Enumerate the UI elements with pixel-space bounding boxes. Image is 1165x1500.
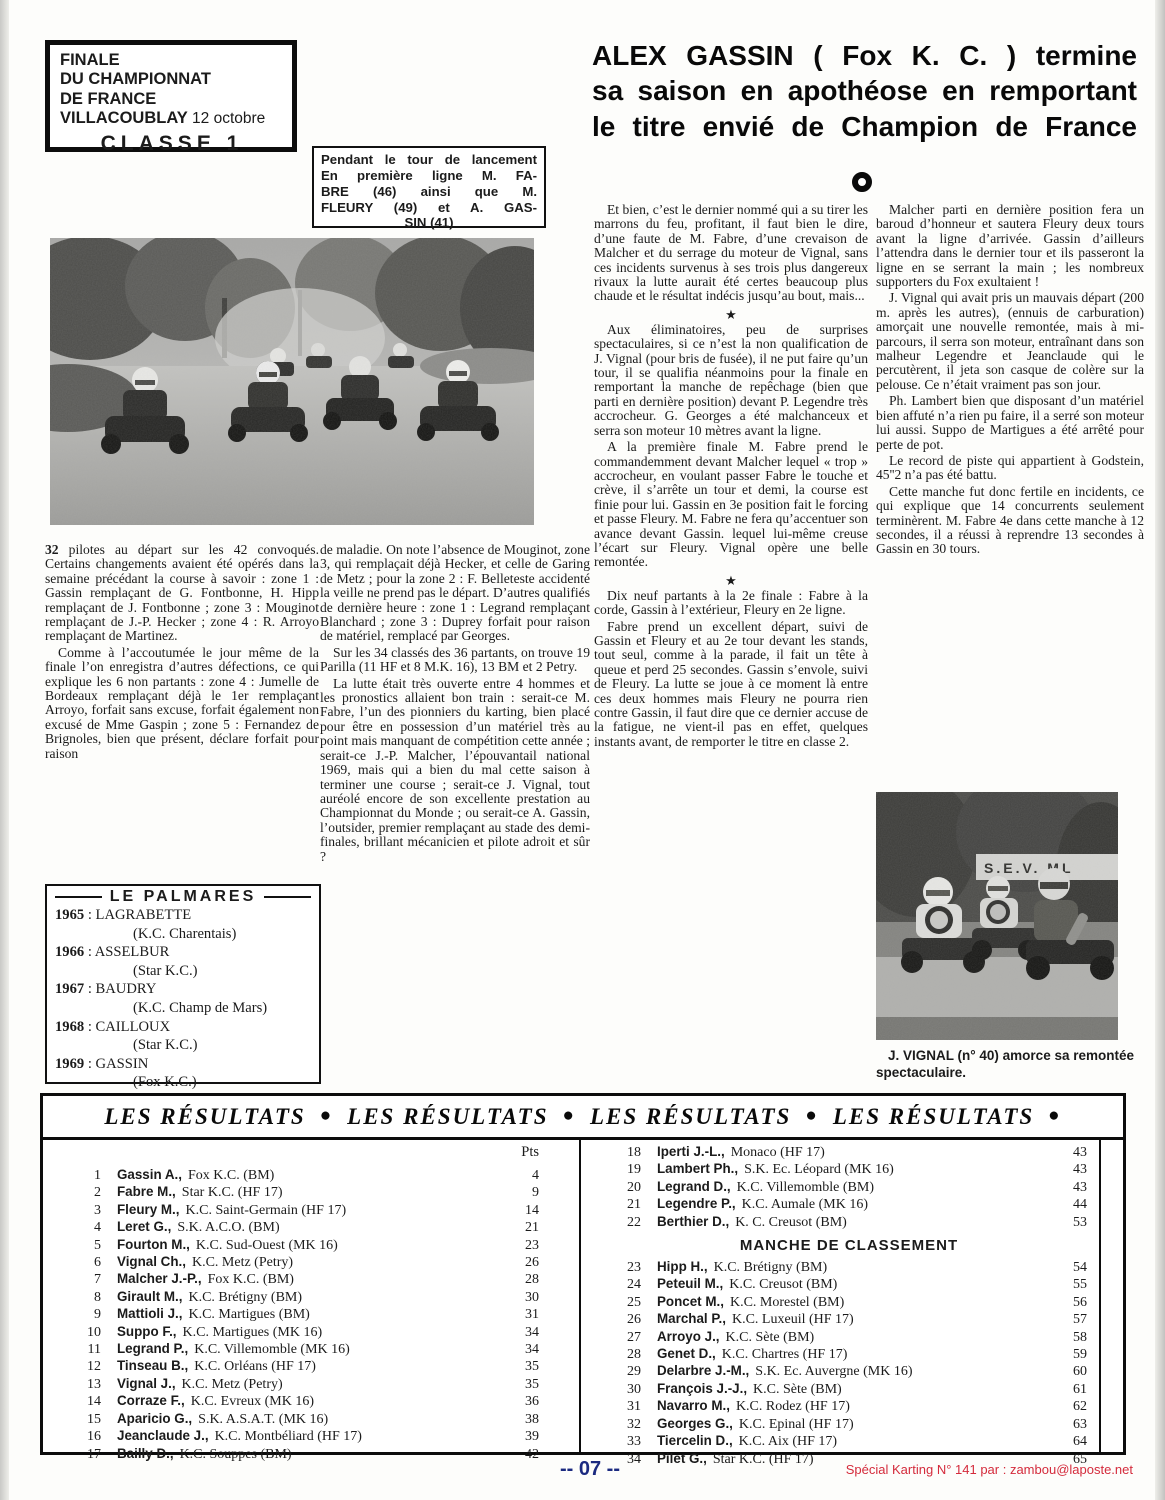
result-driver-name: Berthier D., (657, 1214, 729, 1230)
result-driver-name: Gassin A., (117, 1167, 182, 1183)
result-club: K.C. Aix (HF 17) (739, 1434, 837, 1450)
text-line: le titre envié de Champion de France (592, 109, 1137, 144)
result-rank: 13 (71, 1377, 101, 1393)
palmares-title: LE PALMARES (55, 888, 311, 906)
result-points: 9 (513, 1185, 539, 1201)
palmares-year: 1967 (55, 981, 84, 997)
credit-line: Spécial Karting N° 141 par : zambou@lapo… (846, 1462, 1133, 1477)
result-driver-name: Fourton M., (117, 1237, 190, 1253)
result-rank: 26 (611, 1312, 641, 1328)
result-points: 55 (1061, 1277, 1087, 1293)
result-rank: 17 (71, 1447, 101, 1463)
result-row: 33Tiercelin D.,K.C. Aix (HF 17)64 (611, 1433, 1087, 1450)
result-row: 17Bailly D.,K.C. Souppes (BM)42 (71, 1446, 539, 1463)
article-paragraph: Dix neuf partants à la 2e finale : Fabre… (594, 589, 868, 618)
result-driver-name: Delarbre J.-M., (657, 1363, 749, 1379)
result-row: 11Legrand P.,K.C. Villemomble (MK 16)34 (71, 1341, 539, 1358)
result-row: 13Vignal J.,K.C. Metz (Petry)35 (71, 1376, 539, 1393)
result-row: 19Lambert Ph.,S.K. Ec. Léopard (MK 16)43 (611, 1161, 1087, 1178)
result-points: 35 (513, 1377, 539, 1393)
result-driver-name: Poncet M., (657, 1294, 724, 1310)
result-rank: 9 (71, 1307, 101, 1323)
result-points: 36 (513, 1394, 539, 1410)
result-driver-name: Mattioli J., (117, 1306, 182, 1322)
result-club: K.C. Epinal (HF 17) (739, 1417, 854, 1433)
result-club: K.C. Metz (Petry) (192, 1255, 293, 1271)
palmares-club: (Fox K.C.) (55, 1073, 311, 1092)
results-right-column: 18Iperti J.-L.,Monaco (HF 17)4319Lambert… (581, 1140, 1123, 1452)
result-row: 28Genet D.,K.C. Chartres (HF 17)59 (611, 1346, 1087, 1363)
result-points: 43 (1061, 1162, 1087, 1178)
result-driver-name: Legrand P., (117, 1341, 188, 1357)
article-column-4: Malcher parti en dernière position fera … (876, 203, 1144, 559)
result-row: 23Hipp H.,K.C. Brétigny (BM)54 (611, 1259, 1087, 1276)
result-points: 62 (1061, 1399, 1087, 1415)
result-club: K.C. Chartres (HF 17) (722, 1347, 848, 1363)
start-grid-photo (50, 238, 534, 525)
article-paragraph: 32 pilotes au départ sur les 42 convoqué… (45, 543, 319, 644)
result-rank: 22 (611, 1215, 641, 1231)
palmares-entry: 1969 : GASSIN(Fox K.C.) (55, 1055, 311, 1092)
result-points: 56 (1061, 1295, 1087, 1311)
article-paragraph: Le record de piste qui appartient à Gods… (876, 454, 1144, 483)
vignal-photo-caption: J. VIGNAL (n° 40) amorce sa remontée spe… (876, 1048, 1144, 1082)
result-club: K.C. Brétigny (BM) (188, 1290, 302, 1306)
result-row: 31Navarro M.,K.C. Rodez (HF 17)62 (611, 1398, 1087, 1415)
result-row: 3Fleury M.,K.C. Saint-Germain (HF 17)14 (71, 1202, 539, 1219)
result-club: K.C. Souppes (BM) (180, 1447, 292, 1463)
scan-edge-left (0, 0, 9, 1500)
result-driver-name: François J.-J., (657, 1381, 747, 1397)
result-rank: 4 (71, 1220, 101, 1236)
result-driver-name: Pilet G., (657, 1451, 707, 1467)
result-points: 54 (1061, 1260, 1087, 1276)
result-driver-name: Peteuil M., (657, 1276, 723, 1292)
result-driver-name: Malcher J.-P., (117, 1271, 202, 1287)
result-row: 26Marchal P.,K.C. Luxeuil (HF 17)57 (611, 1311, 1087, 1328)
result-driver-name: Corraze F., (117, 1393, 185, 1409)
text-line: FLEURY (49) et A. GAS- (321, 200, 537, 216)
event-venue-line: VILLACOUBLAY 12 octobre (60, 109, 284, 128)
result-points: 42 (513, 1447, 539, 1463)
result-rank: 25 (611, 1295, 641, 1311)
palmares-year: 1965 (55, 907, 84, 923)
result-driver-name: Aparicio G., (117, 1411, 192, 1427)
result-points: 4 (513, 1168, 539, 1184)
result-rank: 33 (611, 1434, 641, 1450)
article-column-1: 32 pilotes au départ sur les 42 convoqué… (45, 543, 319, 763)
result-club: K.C. Luxeuil (HF 17) (732, 1312, 854, 1328)
result-rank: 8 (71, 1290, 101, 1306)
result-club: S.K. Ec. Auvergne (MK 16) (755, 1364, 912, 1380)
result-points: 35 (513, 1359, 539, 1375)
scan-edge-right (1155, 0, 1165, 1500)
result-club: K.C. Martigues (MK 16) (183, 1325, 323, 1341)
result-points: 61 (1061, 1382, 1087, 1398)
article-paragraph: A la première finale M. Fabre prend le c… (594, 440, 868, 570)
article-paragraph: Comme à l’accoutumée le jour même de la … (45, 646, 319, 761)
result-points: 64 (1061, 1434, 1087, 1450)
result-points: 21 (513, 1220, 539, 1236)
palmares-club: (Star K.C.) (55, 1036, 311, 1055)
result-driver-name: Arroyo J., (657, 1329, 720, 1345)
result-driver-name: Girault M., (117, 1289, 182, 1305)
result-row: 27Arroyo J.,K.C. Sète (BM)58 (611, 1329, 1087, 1346)
result-points: 57 (1061, 1312, 1087, 1328)
event-date: 12 octobre (188, 110, 266, 127)
banner-dot: ● (563, 1105, 576, 1127)
article-column-3: Et bien, c’est le dernier nommé qui a su… (594, 203, 868, 751)
results-right-rule (1099, 1140, 1101, 1452)
result-driver-name: Legrand D., (657, 1179, 731, 1195)
event-info-box: FINALEDU CHAMPIONNATDE FRANCE VILLACOUBL… (45, 40, 297, 152)
palmares-entries: 1965 : LAGRABETTE(K.C. Charentais)1966 :… (55, 906, 311, 1092)
result-rank: 15 (71, 1412, 101, 1428)
article-paragraph: de maladie. On note l’absence de Mougino… (320, 543, 590, 644)
star-separator: ★ (594, 306, 868, 323)
result-row: 6Vignal Ch.,K.C. Metz (Petry)26 (71, 1254, 539, 1271)
result-row: 8Girault M.,K.C. Brétigny (BM)30 (71, 1289, 539, 1306)
article-paragraph: Malcher parti en dernière position fera … (876, 203, 1144, 289)
results-banner-text: LES RÉSULTATS (590, 1104, 791, 1130)
result-row: 25Poncet M.,K.C. Morestel (BM)56 (611, 1294, 1087, 1311)
text-line: Pendant le tour de lancement (321, 152, 537, 168)
result-points: 63 (1061, 1417, 1087, 1433)
result-driver-name: Fleury M., (117, 1202, 180, 1218)
result-club: K.C. Montbéliard (HF 17) (215, 1429, 362, 1445)
results-left-rows: 1Gassin A.,Fox K.C. (BM)42Fabre M.,Star … (71, 1167, 539, 1463)
result-row: 15Aparicio G.,S.K. A.S.A.T. (MK 16)38 (71, 1411, 539, 1428)
result-points: 53 (1061, 1215, 1087, 1231)
result-points: 44 (1061, 1197, 1087, 1213)
result-driver-name: Suppo F., (117, 1324, 177, 1340)
article-paragraph: J. Vignal qui avait pris un mauvais dépa… (876, 291, 1144, 392)
result-row: 24Peteuil M.,K.C. Creusot (BM)55 (611, 1276, 1087, 1293)
result-points: 59 (1061, 1347, 1087, 1363)
result-points: 34 (513, 1325, 539, 1341)
article-column-2: de maladie. On note l’absence de Mougino… (320, 543, 590, 866)
palmares-club: (K.C. Charentais) (55, 925, 311, 944)
result-rank: 19 (611, 1162, 641, 1178)
event-title-lines: FINALEDU CHAMPIONNATDE FRANCE (60, 51, 284, 109)
result-driver-name: Marchal P., (657, 1311, 726, 1327)
result-rank: 16 (71, 1429, 101, 1445)
text-line: SIN (41) (321, 215, 537, 231)
star-separator: ★ (594, 572, 868, 589)
result-club: K.C. Creusot (BM) (729, 1277, 837, 1293)
results-banner-text: LES RÉSULTATS (833, 1104, 1034, 1130)
event-class-label: CLASSE 1 (60, 132, 284, 157)
result-club: K.C. Aumale (MK 16) (742, 1197, 868, 1213)
palmares-entry: 1967 : BAUDRY(K.C. Champ de Mars) (55, 980, 311, 1017)
result-points: 31 (513, 1307, 539, 1323)
result-driver-name: Jeanclaude J., (117, 1428, 209, 1444)
result-row: 1Gassin A.,Fox K.C. (BM)4 (71, 1167, 539, 1184)
result-driver-name: Bailly D., (117, 1446, 174, 1462)
result-row: 16Jeanclaude J.,K.C. Montbéliard (HF 17)… (71, 1428, 539, 1445)
palmares-entry: 1966 : ASSELBUR(Star K.C.) (55, 943, 311, 980)
result-points: 43 (1061, 1180, 1087, 1196)
result-points: 23 (513, 1238, 539, 1254)
result-rank: 31 (611, 1399, 641, 1415)
result-driver-name: Lambert Ph., (657, 1161, 738, 1177)
vignal-photo: S.E.V. ML (876, 792, 1118, 1040)
result-row: 10Suppo F.,K.C. Martigues (MK 16)34 (71, 1324, 539, 1341)
result-driver-name: Vignal Ch., (117, 1254, 186, 1270)
headline: ALEX GASSIN ( Fox K. C. ) terminesa sais… (592, 38, 1137, 144)
result-club: S.K. A.S.A.T. (MK 16) (198, 1412, 328, 1428)
article-paragraph: Aux éliminatoires, peu de surprises spec… (594, 323, 868, 438)
result-club: K.C. Metz (Petry) (182, 1377, 283, 1393)
result-club: Star K.C. (HF 17) (182, 1185, 283, 1201)
result-row: 12Tinseau B.,K.C. Orléans (HF 17)35 (71, 1358, 539, 1375)
result-driver-name: Vignal J., (117, 1376, 176, 1392)
result-row: 32Georges G.,K.C. Epinal (HF 17)63 (611, 1416, 1087, 1433)
result-driver-name: Hipp H., (657, 1259, 708, 1275)
results-right-rows-top: 18Iperti J.-L.,Monaco (HF 17)4319Lambert… (611, 1144, 1087, 1231)
palmares-box: LE PALMARES 1965 : LAGRABETTE(K.C. Chare… (45, 884, 321, 1084)
text-line: DE FRANCE (60, 90, 284, 109)
article-paragraph: Ph. Lambert bien que disposant d’un maté… (876, 394, 1144, 452)
text-line: BRE (46) ainsi que M. (321, 184, 537, 200)
result-club: Fox K.C. (BM) (208, 1272, 294, 1288)
result-row: 20Legrand D.,K.C. Villemomble (BM)43 (611, 1179, 1087, 1196)
paragraph-lead: 32 (45, 542, 59, 557)
result-club: K.C. Villemomble (MK 16) (194, 1342, 350, 1358)
result-club: Monaco (HF 17) (731, 1145, 825, 1161)
result-club: K. C. Creusot (BM) (735, 1215, 847, 1231)
article-paragraph: La lutte était très ouverte entre 4 homm… (320, 677, 590, 864)
result-row: 14Corraze F.,K.C. Evreux (MK 16)36 (71, 1393, 539, 1410)
result-rank: 30 (611, 1382, 641, 1398)
result-rank: 21 (611, 1197, 641, 1213)
palmares-club: (K.C. Champ de Mars) (55, 999, 311, 1018)
palmares-entry: 1968 : CAILLOUX(Star K.C.) (55, 1018, 311, 1055)
result-rank: 24 (611, 1277, 641, 1293)
result-driver-name: Tiercelin D., (657, 1433, 733, 1449)
result-club: Fox K.C. (BM) (188, 1168, 274, 1184)
results-right-rows-bottom: 23Hipp H.,K.C. Brétigny (BM)5424Peteuil … (611, 1259, 1087, 1468)
result-rank: 23 (611, 1260, 641, 1276)
results-subheader: MANCHE DE CLASSEMENT (611, 1231, 1087, 1259)
result-rank: 3 (71, 1203, 101, 1219)
text-line: FINALE (60, 51, 284, 70)
palmares-club: (Star K.C.) (55, 962, 311, 981)
result-club: K.C. Orléans (HF 17) (194, 1359, 316, 1375)
result-club: K.C. Sète (BM) (726, 1330, 815, 1346)
palmares-year: 1969 (55, 1056, 84, 1072)
palmares-year: 1968 (55, 1019, 84, 1035)
result-club: K.C. Brétigny (BM) (714, 1260, 828, 1276)
result-points: 26 (513, 1255, 539, 1271)
magazine-page: FINALEDU CHAMPIONNATDE FRANCE VILLACOUBL… (0, 0, 1165, 1500)
result-points: 14 (513, 1203, 539, 1219)
result-points: 60 (1061, 1364, 1087, 1380)
result-club: K.C. Sud-Ouest (MK 16) (196, 1238, 338, 1254)
result-club: K.C. Morestel (BM) (730, 1295, 844, 1311)
result-club: S.K. A.C.O. (BM) (177, 1220, 279, 1236)
results-banner: LES RÉSULTATS●LES RÉSULTATS●LES RÉSULTAT… (43, 1096, 1123, 1140)
result-rank: 6 (71, 1255, 101, 1271)
result-points: 39 (513, 1429, 539, 1445)
article-paragraph: Sur les 34 classés des 36 partants, on t… (320, 646, 590, 675)
result-driver-name: Genet D., (657, 1346, 716, 1362)
result-driver-name: Fabre M., (117, 1184, 176, 1200)
result-club: K.C. Martigues (BM) (188, 1307, 309, 1323)
result-points: 28 (513, 1272, 539, 1288)
results-banner-text: LES RÉSULTATS (104, 1104, 305, 1130)
result-rank: 10 (71, 1325, 101, 1341)
result-rank: 5 (71, 1238, 101, 1254)
result-row: 7Malcher J.-P.,Fox K.C. (BM)28 (71, 1271, 539, 1288)
result-points: 43 (1061, 1145, 1087, 1161)
result-driver-name: Tinseau B., (117, 1358, 188, 1374)
banner-dot: ● (320, 1105, 333, 1127)
result-club: K.C. Sète (BM) (753, 1382, 842, 1398)
bullet-dot (852, 172, 872, 192)
result-driver-name: Georges G., (657, 1416, 733, 1432)
result-driver-name: Leret G., (117, 1219, 171, 1235)
points-column-header: Pts (71, 1142, 539, 1167)
result-rank: 7 (71, 1272, 101, 1288)
result-driver-name: Navarro M., (657, 1398, 730, 1414)
text-line: ALEX GASSIN ( Fox K. C. ) termine (592, 38, 1137, 73)
result-club: K.C. Evreux (MK 16) (191, 1394, 314, 1410)
result-club: S.K. Ec. Léopard (MK 16) (744, 1162, 894, 1178)
results-left-column: Pts 1Gassin A.,Fox K.C. (BM)42Fabre M.,S… (43, 1140, 581, 1452)
text-line: DU CHAMPIONNAT (60, 70, 284, 89)
result-points: 30 (513, 1290, 539, 1306)
result-driver-name: Iperti J.-L., (657, 1144, 725, 1160)
result-club: K.C. Saint-Germain (HF 17) (186, 1203, 347, 1219)
banner-dot: ● (1048, 1105, 1061, 1127)
result-row: 22Berthier D.,K. C. Creusot (BM)53 (611, 1214, 1087, 1231)
result-club: K.C. Rodez (HF 17) (736, 1399, 850, 1415)
result-row: 18Iperti J.-L.,Monaco (HF 17)43 (611, 1144, 1087, 1161)
result-rank: 20 (611, 1180, 641, 1196)
result-points: 38 (513, 1412, 539, 1428)
result-club: K.C. Villemomble (BM) (737, 1180, 874, 1196)
result-club: Star K.C. (HF 17) (713, 1452, 814, 1468)
result-rank: 12 (71, 1359, 101, 1375)
palmares-year: 1966 (55, 944, 84, 960)
result-rank: 18 (611, 1145, 641, 1161)
article-paragraph: Et bien, c’est le dernier nommé qui a su… (594, 203, 868, 304)
result-row: 2Fabre M.,Star K.C. (HF 17)9 (71, 1184, 539, 1201)
result-row: 29Delarbre J.-M.,S.K. Ec. Auvergne (MK 1… (611, 1363, 1087, 1380)
result-row: 4Leret G.,S.K. A.C.O. (BM)21 (71, 1219, 539, 1236)
result-driver-name: Legendre P., (657, 1196, 736, 1212)
results-box: LES RÉSULTATS●LES RÉSULTATS●LES RÉSULTAT… (40, 1093, 1126, 1455)
result-rank: 2 (71, 1185, 101, 1201)
result-rank: 11 (71, 1342, 101, 1358)
result-row: 5Fourton M.,K.C. Sud-Ouest (MK 16)23 (71, 1237, 539, 1254)
result-row: 30François J.-J.,K.C. Sète (BM)61 (611, 1381, 1087, 1398)
text-line: En première ligne M. FA- (321, 168, 537, 184)
photo-caption-box: Pendant le tour de lancementEn première … (312, 146, 546, 228)
result-rank: 32 (611, 1417, 641, 1433)
result-points: 58 (1061, 1330, 1087, 1346)
text-line: sa saison en apothéose en remportant (592, 73, 1137, 108)
event-venue: VILLACOUBLAY (60, 109, 188, 127)
result-points: 34 (513, 1342, 539, 1358)
result-rank: 29 (611, 1364, 641, 1380)
result-row: 21Legendre P.,K.C. Aumale (MK 16)44 (611, 1196, 1087, 1213)
results-banner-text: LES RÉSULTATS (347, 1104, 548, 1130)
result-row: 9Mattioli J.,K.C. Martigues (BM)31 (71, 1306, 539, 1323)
result-rank: 28 (611, 1347, 641, 1363)
article-paragraph: Fabre prend un excellent départ, suivi d… (594, 620, 868, 750)
result-rank: 14 (71, 1394, 101, 1410)
result-rank: 27 (611, 1330, 641, 1346)
page-number: -- 07 -- (560, 1458, 620, 1481)
result-rank: 1 (71, 1168, 101, 1184)
article-paragraph: Cette manche fut donc fertile en inciden… (876, 485, 1144, 557)
palmares-entry: 1965 : LAGRABETTE(K.C. Charentais) (55, 906, 311, 943)
banner-dot: ● (805, 1105, 818, 1127)
